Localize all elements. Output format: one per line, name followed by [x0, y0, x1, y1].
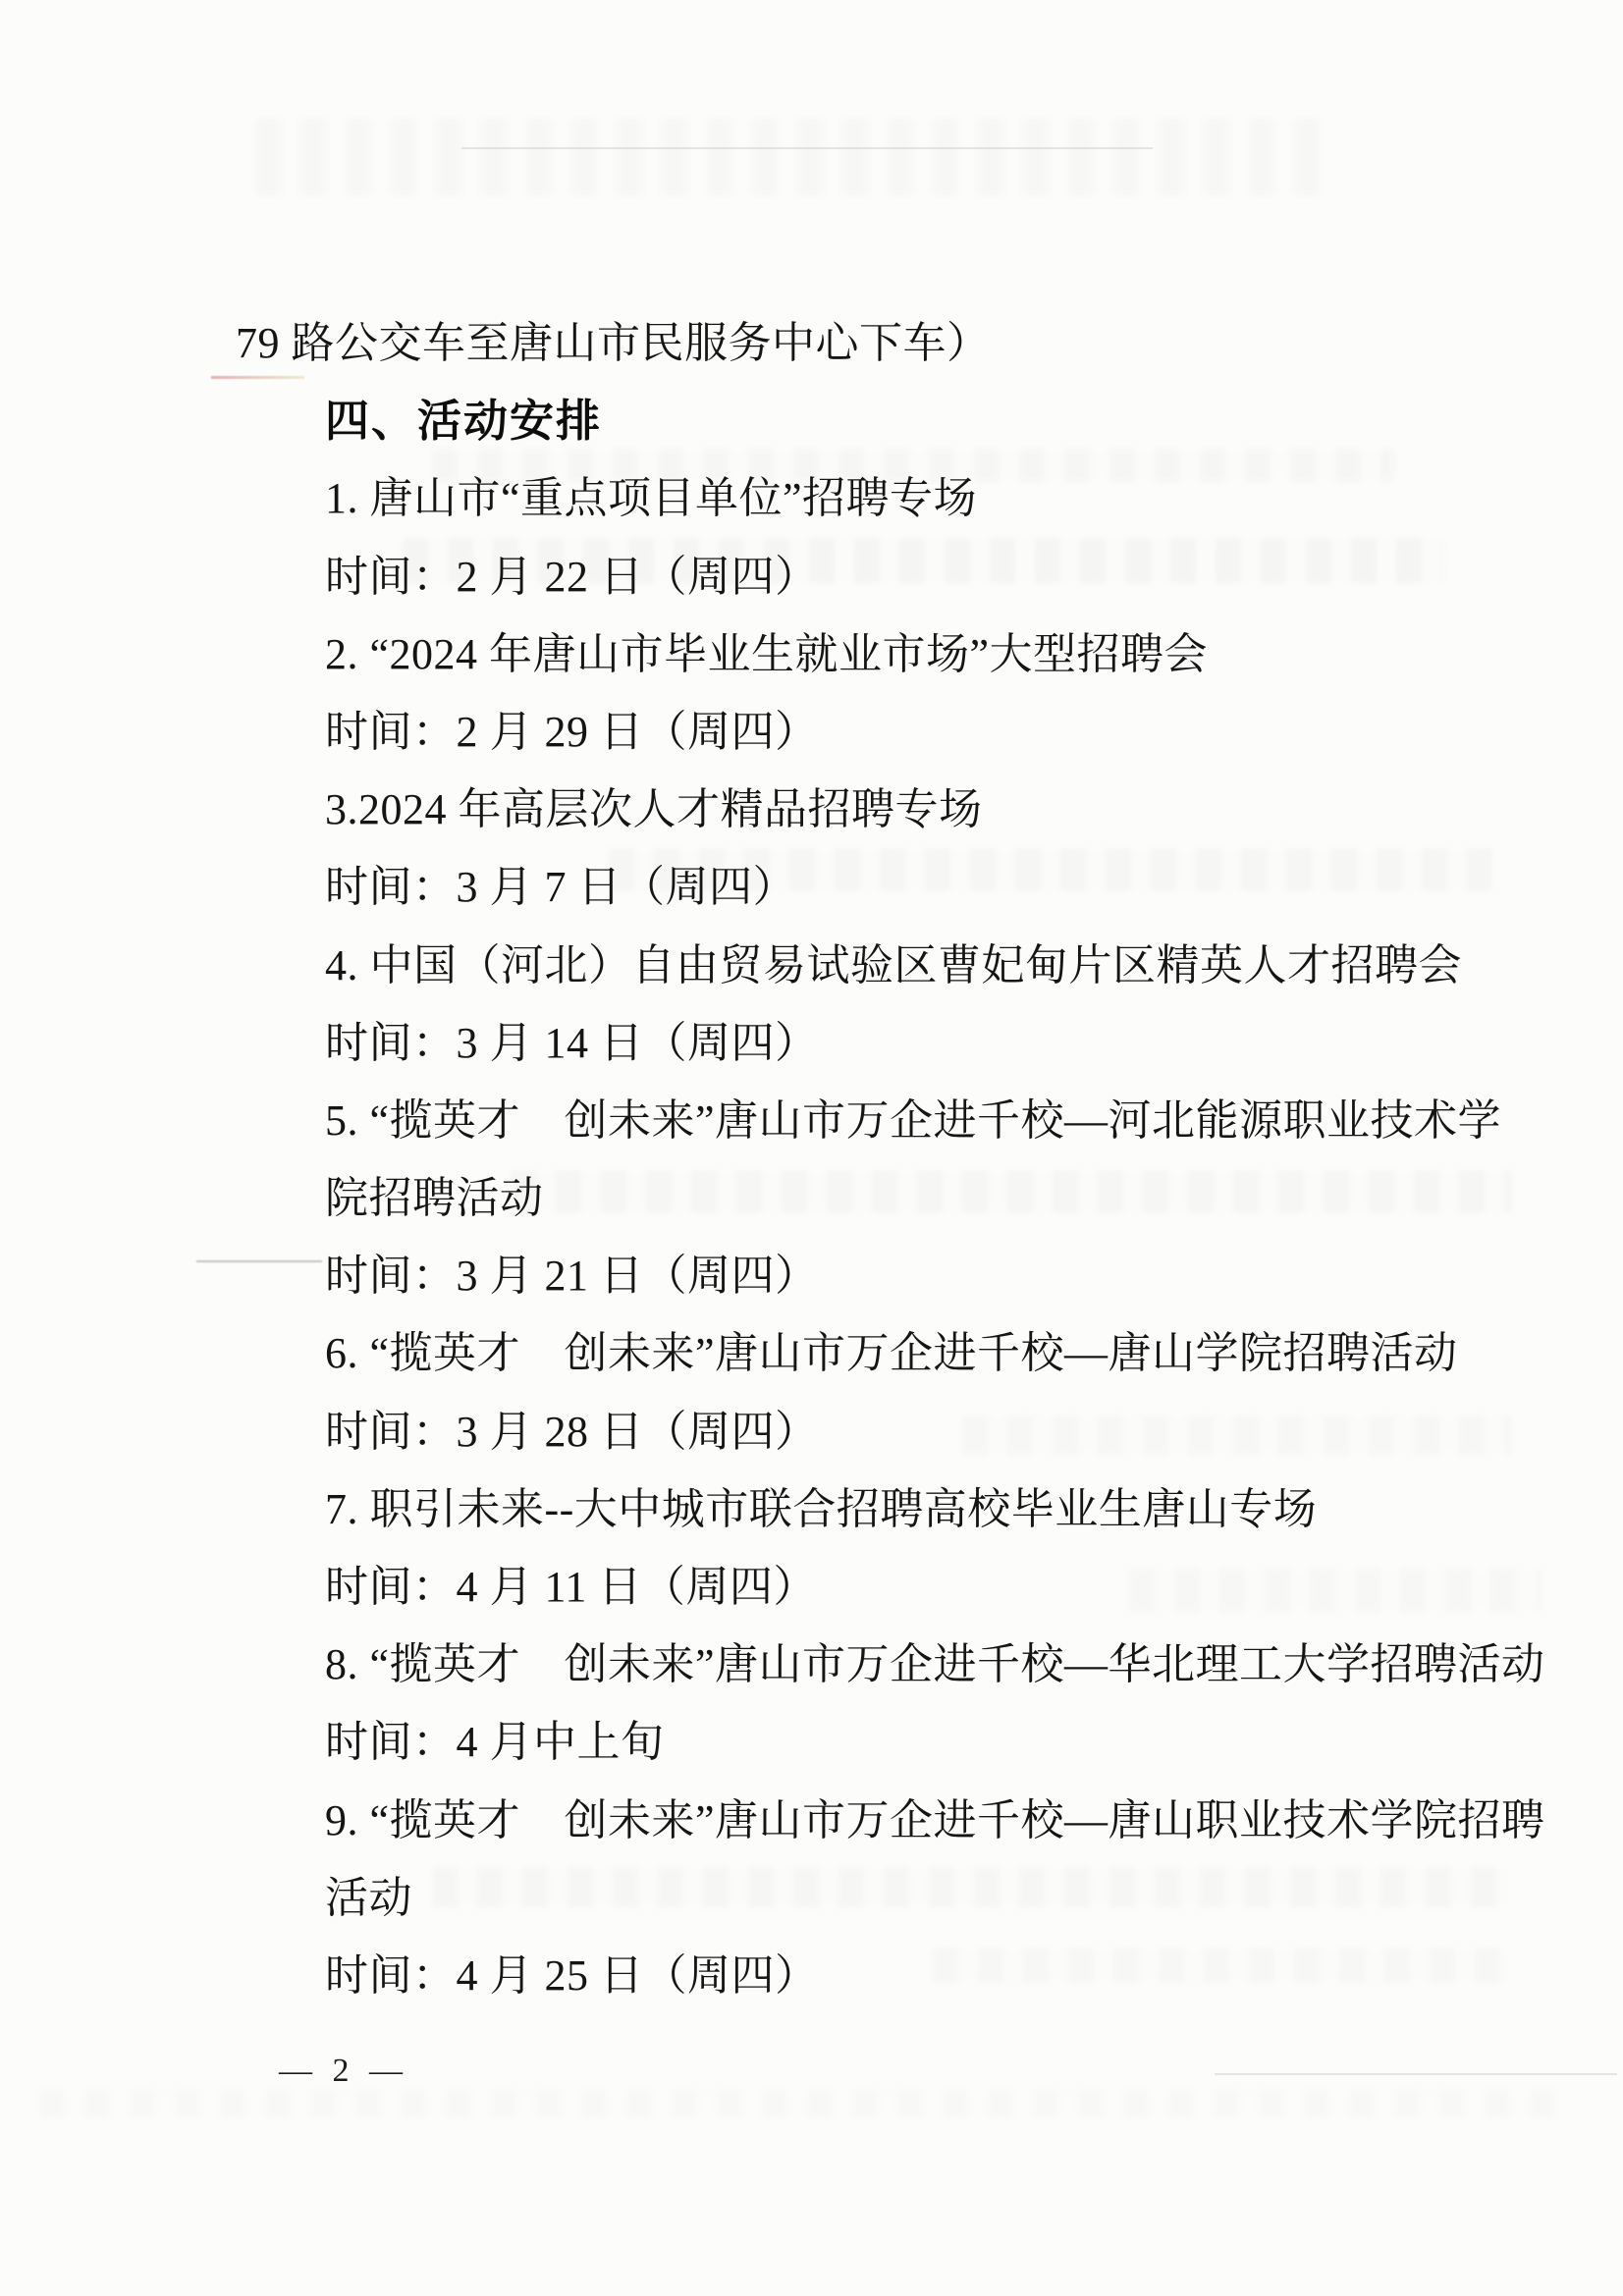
activity-9-title-line-2: 活动 — [0, 1859, 1623, 1937]
activity-2-time: 时间：2 月 29 日（周四） — [0, 693, 1623, 771]
activity-5-title-line-1: 5. “揽英才 创未来”唐山市万企进千校—河北能源职业技术学 — [0, 1082, 1623, 1159]
activity-8-time: 时间：4 月中上旬 — [0, 1703, 1623, 1781]
activity-5-time: 时间：3 月 21 日（周四） — [0, 1237, 1623, 1314]
activity-3-time: 时间：3 月 7 日（周四） — [0, 848, 1623, 926]
page-number-footer: — 2 — — [279, 2052, 408, 2091]
activity-1-time: 时间：2 月 22 日（周四） — [0, 538, 1623, 615]
document-body: 79 路公交车至唐山市民服务中心下车） 四、活动安排 1. 唐山市“重点项目单位… — [0, 304, 1623, 2014]
activity-6-title: 6. “揽英才 创未来”唐山市万企进千校—唐山学院招聘活动 — [0, 1314, 1623, 1392]
activity-7-title: 7. 职引未来--大中城市联合招聘高校毕业生唐山专场 — [0, 1470, 1623, 1548]
activity-9-title-line-1: 9. “揽英才 创未来”唐山市万企进千校—唐山职业技术学院招聘 — [0, 1782, 1623, 1859]
activity-8-title: 8. “揽英才 创未来”唐山市万企进千校—华北理工大学招聘活动 — [0, 1626, 1623, 1703]
activity-4-time: 时间：3 月 14 日（周四） — [0, 1004, 1623, 1082]
activity-1-title: 1. 唐山市“重点项目单位”招聘专场 — [0, 459, 1623, 537]
activity-3-title: 3.2024 年高层次人才精品招聘专场 — [0, 771, 1623, 848]
section-heading: 四、活动安排 — [0, 382, 1623, 459]
activity-2-title: 2. “2024 年唐山市毕业生就业市场”大型招聘会 — [0, 615, 1623, 693]
scan-artifact-ghost — [39, 2089, 1571, 2118]
activity-7-time: 时间：4 月 11 日（周四） — [0, 1548, 1623, 1626]
scan-artifact-hairline — [1215, 2073, 1617, 2075]
scanned-document-page: 79 路公交车至唐山市民服务中心下车） 四、活动安排 1. 唐山市“重点项目单位… — [0, 0, 1623, 2296]
activity-9-time: 时间：4 月 25 日（周四） — [0, 1937, 1623, 2014]
activity-4-title: 4. 中国（河北）自由贸易试验区曹妃甸片区精英人才招聘会 — [0, 927, 1623, 1004]
intro-continuation-line: 79 路公交车至唐山市民服务中心下车） — [0, 304, 1623, 382]
scan-artifact-hairline — [461, 147, 1153, 149]
activity-5-title-line-2: 院招聘活动 — [0, 1159, 1623, 1237]
scan-artifact-ghost — [255, 118, 1335, 196]
activity-6-time: 时间：3 月 28 日（周四） — [0, 1393, 1623, 1470]
